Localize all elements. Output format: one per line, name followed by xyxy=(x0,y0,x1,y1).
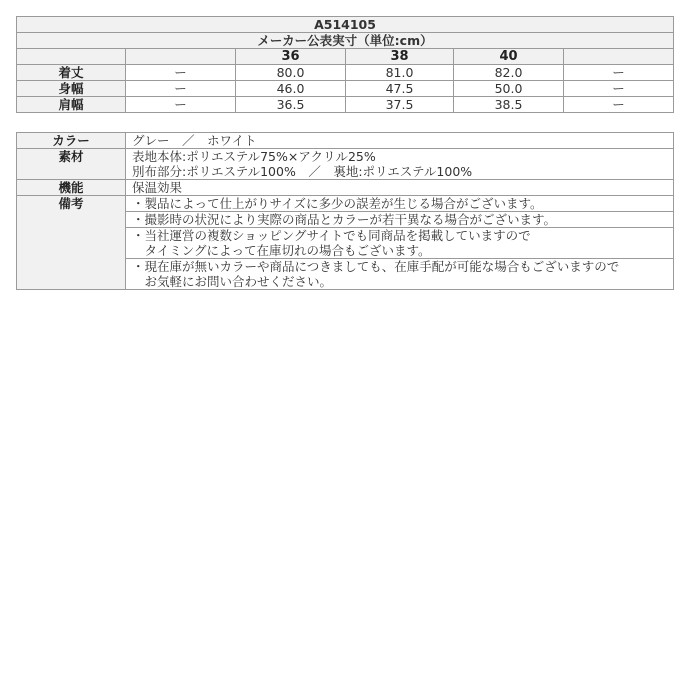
size-row-length: 着丈 ー 80.0 81.0 82.0 ー xyxy=(17,65,674,81)
size-row-width: 身幅 ー 46.0 47.5 50.0 ー xyxy=(17,81,674,97)
note-item: ・撮影時の状況により実際の商品とカラーが若干異なる場合がございます。 xyxy=(126,212,674,228)
size-cell: 50.0 xyxy=(454,81,564,97)
size-cell: ー xyxy=(126,97,236,113)
row-label: 着丈 xyxy=(17,65,126,81)
note-item: ・当社運営の複数ショッピングサイトでも同商品を掲載していますので タイミングによ… xyxy=(126,228,674,259)
color-label: カラー xyxy=(17,133,126,149)
note-item: ・現在庫が無いカラーや商品につきましても、在庫手配が可能な場合もございますので … xyxy=(126,259,674,290)
note-line: お気軽にお問い合わせください。 xyxy=(132,274,673,289)
material-line: 別布部分:ポリエステル100% ／ 裏地:ポリエステル100% xyxy=(132,164,673,179)
size-table: A514105 メーカー公表実寸（単位:cm） 36 38 40 着丈 ー 80… xyxy=(16,16,674,113)
size-header-corner xyxy=(17,49,126,65)
size-cell: ー xyxy=(564,81,674,97)
size-cell: ー xyxy=(564,65,674,81)
size-cell: 37.5 xyxy=(346,97,454,113)
size-cell: 46.0 xyxy=(236,81,346,97)
size-header-blank-left xyxy=(126,49,236,65)
size-table-subtitle: メーカー公表実寸（単位:cm） xyxy=(17,33,674,49)
size-header-blank-right xyxy=(564,49,674,65)
color-value: グレー ／ ホワイト xyxy=(126,133,674,149)
function-value: 保温効果 xyxy=(126,180,674,196)
note-line: ・撮影時の状況により実際の商品とカラーが若干異なる場合がございます。 xyxy=(132,212,673,227)
size-cell: 82.0 xyxy=(454,65,564,81)
size-row-shoulder: 肩幅 ー 36.5 37.5 38.5 ー xyxy=(17,97,674,113)
size-header-36: 36 xyxy=(236,49,346,65)
material-label: 素材 xyxy=(17,149,126,180)
info-row-color: カラー グレー ／ ホワイト xyxy=(17,133,674,149)
row-label: 肩幅 xyxy=(17,97,126,113)
notes-label: 備考 xyxy=(17,196,126,290)
product-info-table: カラー グレー ／ ホワイト 素材 表地本体:ポリエステル75%×アクリル25%… xyxy=(16,132,674,290)
info-row-material: 素材 表地本体:ポリエステル75%×アクリル25% 別布部分:ポリエステル100… xyxy=(17,149,674,180)
size-cell: 81.0 xyxy=(346,65,454,81)
size-cell: ー xyxy=(126,81,236,97)
info-row-function: 機能 保温効果 xyxy=(17,180,674,196)
function-label: 機能 xyxy=(17,180,126,196)
size-cell: ー xyxy=(564,97,674,113)
note-line: タイミングによって在庫切れの場合もございます。 xyxy=(132,243,673,258)
size-cell: 38.5 xyxy=(454,97,564,113)
size-cell: ー xyxy=(126,65,236,81)
size-cell: 36.5 xyxy=(236,97,346,113)
size-header-40: 40 xyxy=(454,49,564,65)
note-line: ・現在庫が無いカラーや商品につきましても、在庫手配が可能な場合もございますので xyxy=(132,259,673,274)
info-row-notes: 備考 ・製品によって仕上がりサイズに多少の誤差が生じる場合がございます。 xyxy=(17,196,674,212)
material-value: 表地本体:ポリエステル75%×アクリル25% 別布部分:ポリエステル100% ／… xyxy=(126,149,674,180)
note-line: ・製品によって仕上がりサイズに多少の誤差が生じる場合がございます。 xyxy=(132,196,673,211)
note-line: ・当社運営の複数ショッピングサイトでも同商品を掲載していますので xyxy=(132,228,673,243)
material-line: 表地本体:ポリエステル75%×アクリル25% xyxy=(132,149,673,164)
row-label: 身幅 xyxy=(17,81,126,97)
size-cell: 47.5 xyxy=(346,81,454,97)
product-code: A514105 xyxy=(17,17,674,33)
size-header-38: 38 xyxy=(346,49,454,65)
size-cell: 80.0 xyxy=(236,65,346,81)
note-item: ・製品によって仕上がりサイズに多少の誤差が生じる場合がございます。 xyxy=(126,196,674,212)
